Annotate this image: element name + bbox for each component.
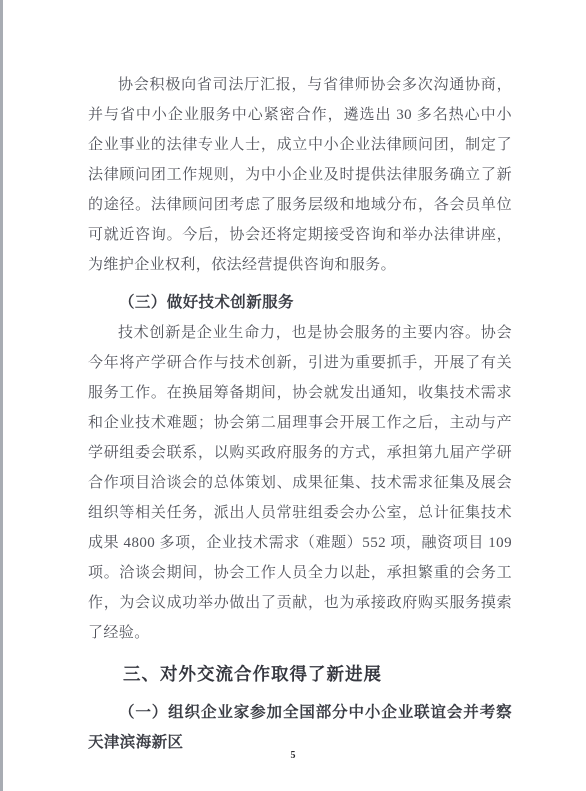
- page-left-edge: [0, 0, 3, 791]
- document-content: 协会积极向省司法厅汇报，与省律师协会多次沟通协商，并与省中小企业服务中心紧密合作…: [88, 70, 512, 758]
- paragraph-tech-innovation-service: 技术创新是企业生命力，也是协会服务的主要内容。协会今年将产学研合作与技术创新，引…: [88, 318, 512, 648]
- section-heading-external-exchange-cooperation: 三、对外交流合作取得了新进展: [88, 658, 512, 690]
- subheading-section-1-sme-fellowship-tianjin-binhai: （一）组织企业家参加全国部分中小企业联谊会并考察天津滨海新区: [88, 698, 512, 758]
- page-number: 5: [0, 750, 586, 761]
- document-page: 协会积极向省司法厅汇报，与省律师协会多次沟通协商，并与省中小企业服务中心紧密合作…: [0, 0, 586, 791]
- subheading-section-3-tech-innovation-service: （三）做好技术创新服务: [88, 288, 512, 318]
- paragraph-legal-advisory-service: 协会积极向省司法厅汇报，与省律师协会多次沟通协商，并与省中小企业服务中心紧密合作…: [88, 70, 512, 280]
